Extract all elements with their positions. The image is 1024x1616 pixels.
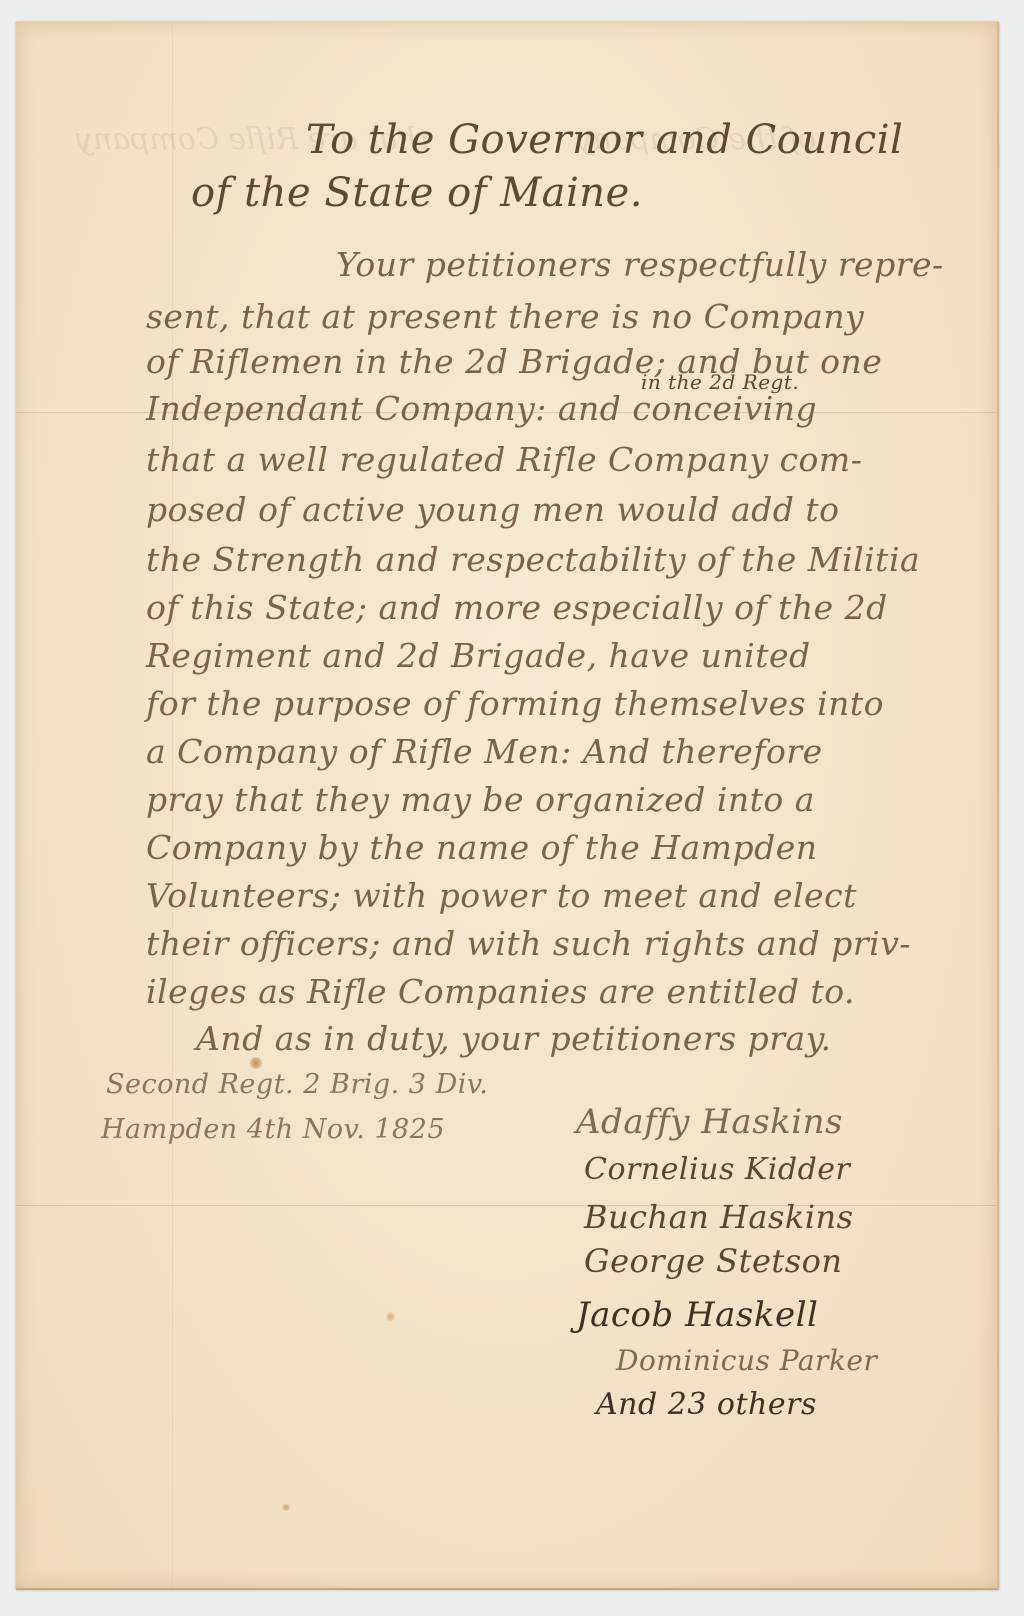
body-line: a Company of Rifle Men: And therefore: [146, 732, 823, 771]
body-line: ileges as Rifle Companies are entitled t…: [146, 972, 855, 1011]
body-line: for the purpose of forming themselves in…: [146, 684, 884, 723]
petition-paper: that are Rifle Company of the Company To…: [16, 22, 999, 1590]
address-line-1: To the Governor and Council: [306, 117, 903, 163]
docket-line-2: Hampden 4th Nov. 1825: [101, 1114, 445, 1145]
body-line: pray that they may be organized into a: [146, 780, 815, 819]
body-line: Regiment and 2d Brigade, have united: [146, 636, 811, 675]
docket-line-1: Second Regt. 2 Brig. 3 Div.: [106, 1069, 488, 1100]
signature: George Stetson: [584, 1242, 843, 1280]
body-line: the Strength and respectability of the M…: [146, 540, 920, 579]
body-line: Independant Company: and conceiving: [146, 389, 817, 428]
body-line: Your petitioners respectfully repre-: [336, 245, 944, 284]
body-line: posed of active young men would add to: [146, 490, 840, 529]
body-line: their officers; and with such rights and…: [146, 924, 911, 963]
signature: Dominicus Parker: [616, 1344, 877, 1377]
body-line-closing: And as in duty, your petitioners pray.: [196, 1019, 831, 1058]
signature: Adaffy Haskins: [576, 1102, 843, 1142]
address-line-2: of the State of Maine.: [191, 170, 643, 216]
signature: Jacob Haskell: [576, 1295, 818, 1335]
foxing-spot: [386, 1312, 395, 1321]
body-line: of this State; and more especially of th…: [146, 588, 888, 627]
body-line: Company by the name of the Hampden: [146, 828, 818, 867]
foxing-spot: [282, 1504, 290, 1511]
ink-stain: [250, 1057, 262, 1069]
body-line: Volunteers; with power to meet and elect: [146, 876, 857, 915]
signature-others-note: And 23 others: [596, 1387, 817, 1422]
body-line: that a well regulated Rifle Company com-: [146, 440, 862, 479]
signature: Cornelius Kidder: [584, 1152, 850, 1187]
signature: Buchan Haskins: [584, 1198, 854, 1236]
body-line: sent, that at present there is no Compan…: [146, 297, 864, 336]
